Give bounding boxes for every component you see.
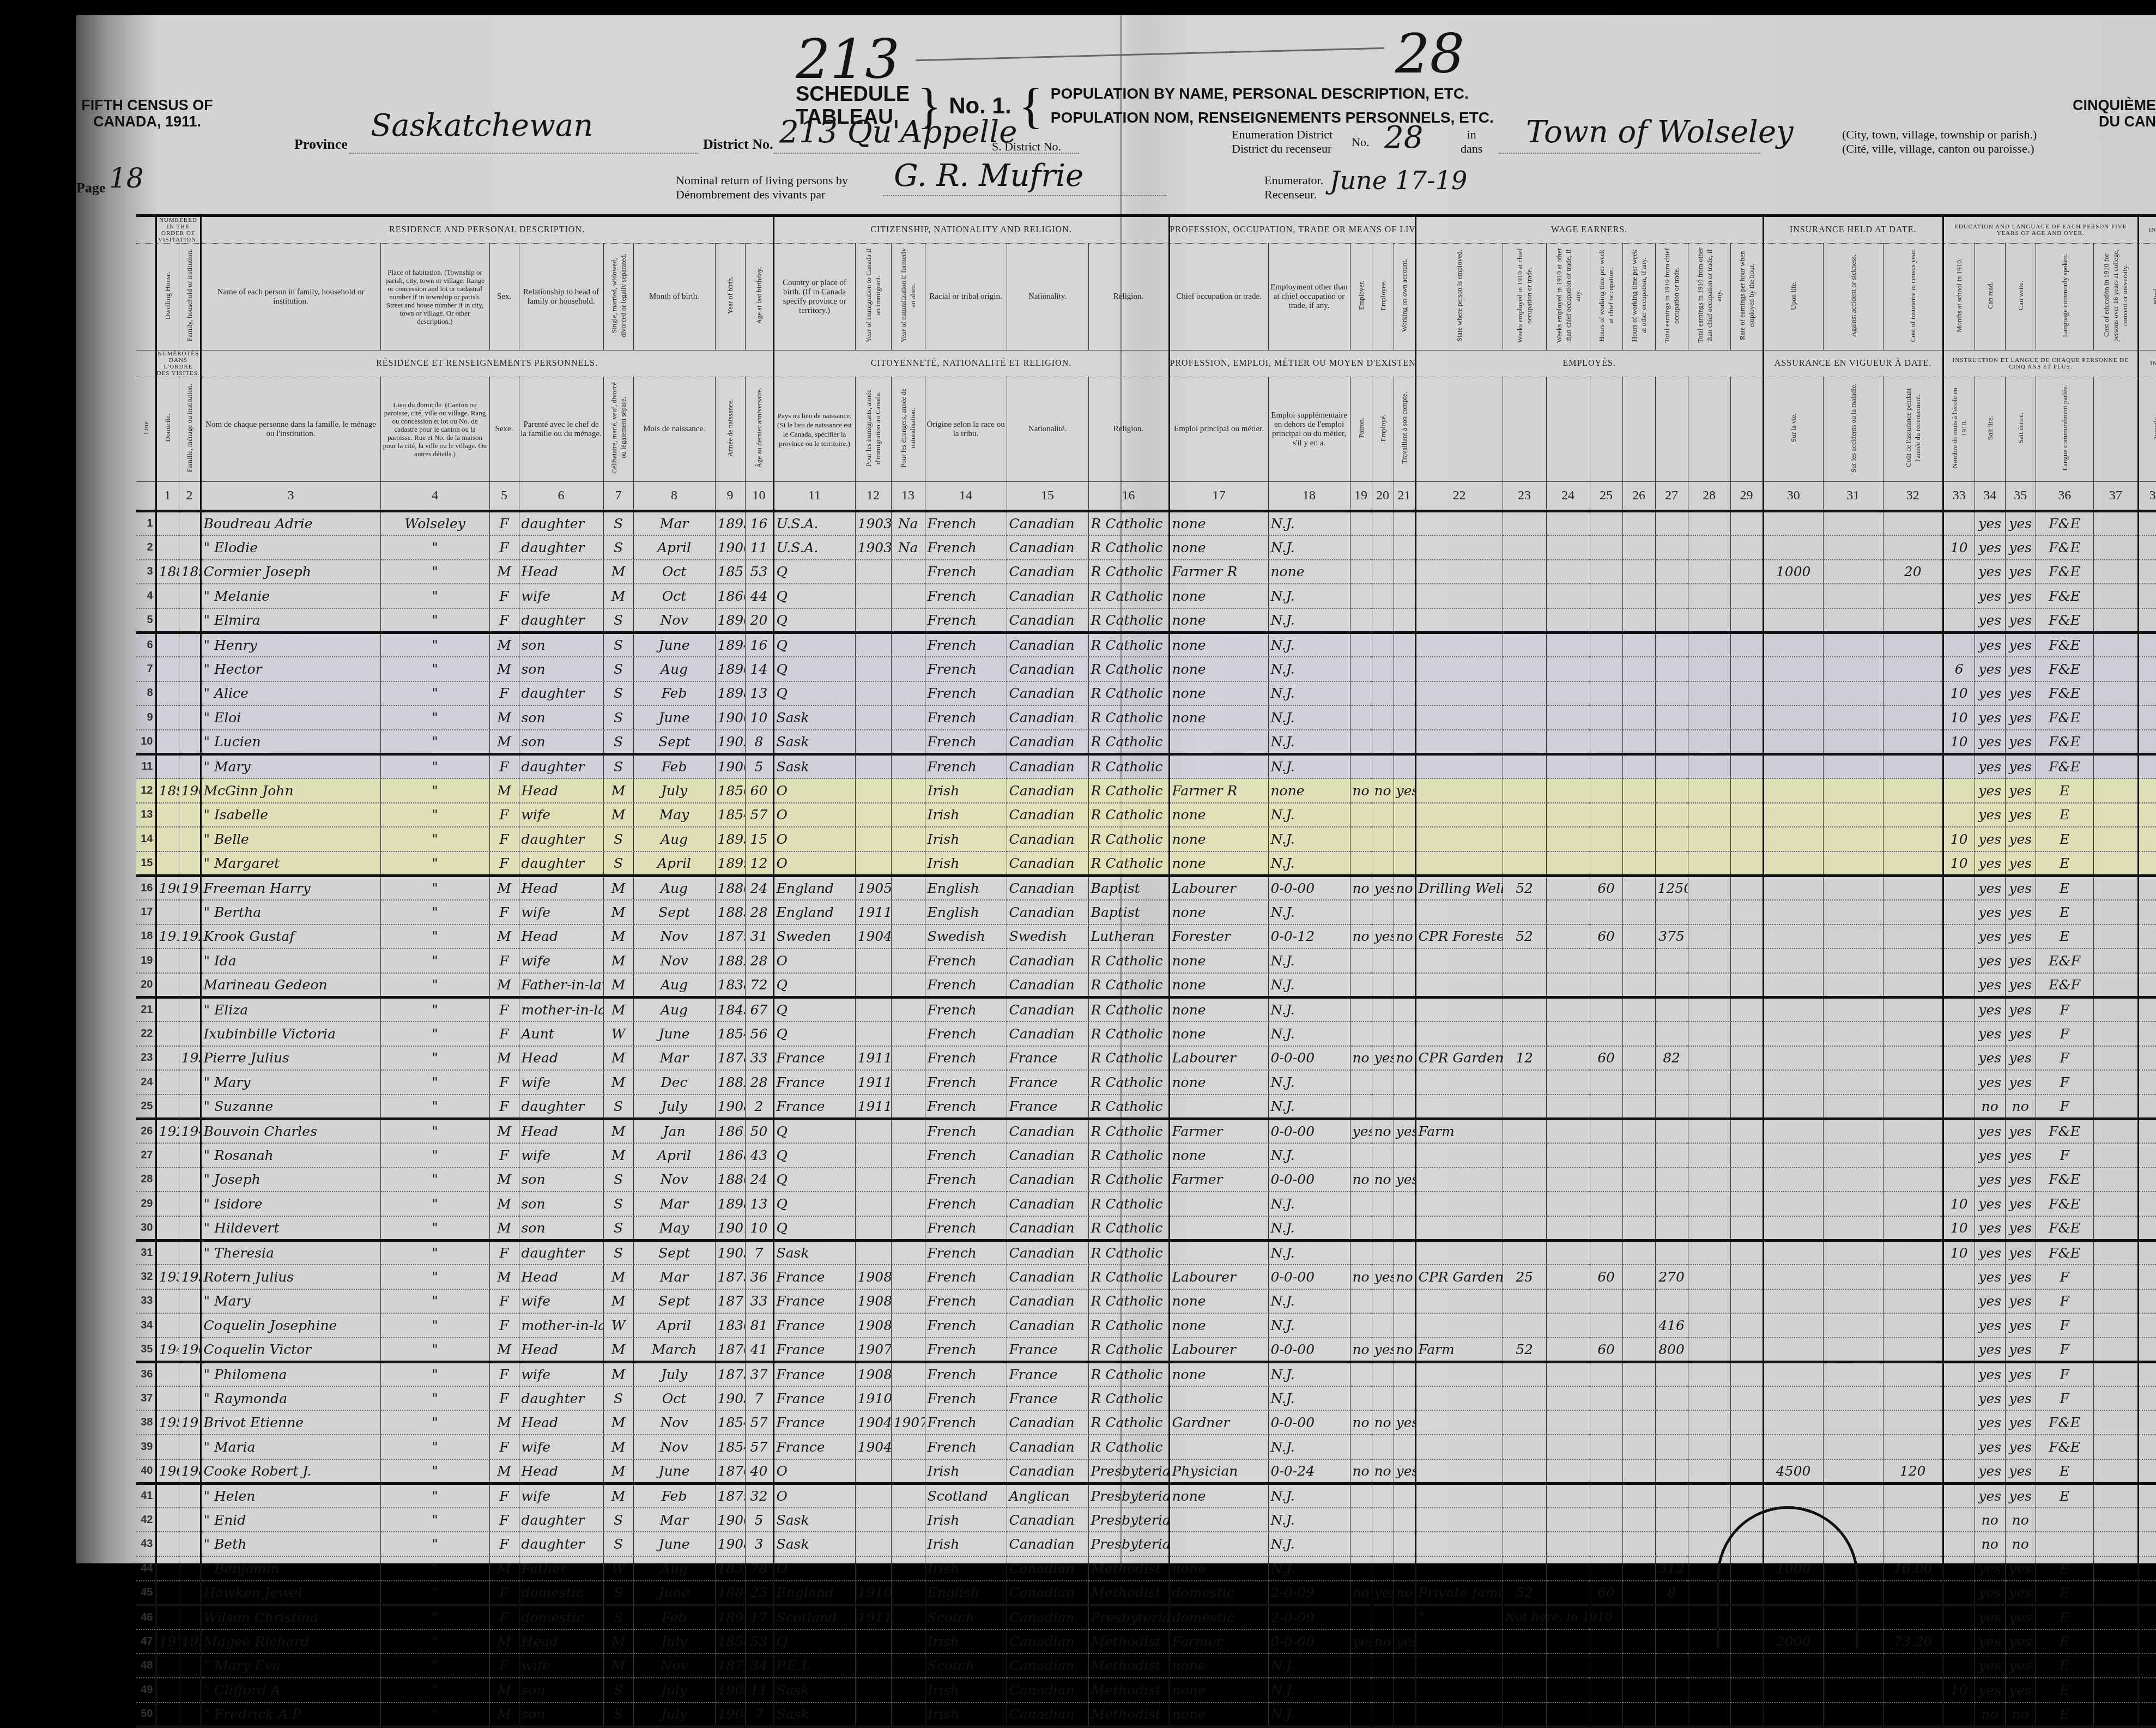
cell-wk-other (1546, 1508, 1590, 1532)
table-row: 19" Ida"FwifeMNov188228OFrenchCanadianR … (136, 948, 2156, 973)
cell-write: yes (2005, 1556, 2036, 1563)
cell-sex: F (489, 535, 519, 560)
cell-earn-chief (1655, 948, 1688, 973)
cell-ms: S (603, 827, 633, 851)
cell-ins-cost (1883, 1338, 1943, 1362)
cell-write: no (2005, 1532, 2036, 1556)
cell-nat (891, 1459, 925, 1484)
cell-occ: Farmer (1169, 1119, 1268, 1143)
header-numbered-fr: NUMÉROTÉS DANS L'ORDRE DES VISITES. (156, 351, 201, 377)
cell-occ: Physician (1169, 1459, 1268, 1484)
cell-dw (156, 1435, 179, 1459)
cell-age: 15 (745, 827, 773, 851)
cell-rel: daughter (519, 1508, 603, 1532)
cell-read: yes (1975, 1386, 2005, 1411)
cell-ins-acc (1823, 1289, 1883, 1314)
enumerator-label: Enumerator. Recenseur. (1264, 173, 1323, 202)
cell-er (1350, 1508, 1372, 1532)
cell-edu-cost (2093, 535, 2138, 560)
cell-blind (2138, 1338, 2156, 1362)
column-number-38: 38 (2138, 482, 2156, 511)
cell-fam: 189 (179, 560, 201, 584)
cell-blind (2138, 997, 2156, 1022)
cell-read: yes (1975, 875, 2005, 900)
cell-age: 56 (745, 1022, 773, 1046)
cell-earn-other (1688, 973, 1730, 998)
line-label: Line (141, 421, 150, 434)
cell-name: Bouvoin Charles (201, 1119, 380, 1143)
cell-fam (179, 1313, 201, 1338)
cell-sex: F (489, 1508, 519, 1532)
cell-ms: S (603, 1192, 633, 1216)
cell-religion: R Catholic (1088, 1216, 1169, 1241)
cell-school (1943, 1022, 1975, 1046)
cell-age: 31 (745, 925, 773, 949)
cell-occ: Labourer (1169, 1265, 1268, 1289)
column-number-11: 11 (773, 482, 855, 511)
col-head-en-26: Hours of working time per week at other … (1622, 244, 1655, 351)
cell-origin: French (925, 511, 1007, 536)
column-number-23: 23 (1503, 482, 1546, 511)
cell-earn-other (1688, 1216, 1730, 1241)
cell-dw (156, 1508, 179, 1532)
cell-ms: M (603, 948, 633, 973)
cell-dw (156, 1070, 179, 1095)
cell-imm (855, 1240, 891, 1265)
table-row: 15" Margaret"FdaughterSApril189912OIrish… (136, 851, 2156, 876)
cell-rate (1730, 973, 1763, 998)
table-row: 37" Raymonda"FdaughterSOct19037France191… (136, 1386, 2156, 1411)
cell-place: " (380, 1386, 489, 1411)
cell-edu-cost (2093, 1095, 2138, 1119)
cell-ins-acc (1823, 657, 1883, 681)
cell-month: Dec (633, 1070, 715, 1095)
cell-ms: M (603, 1459, 633, 1484)
cell-month: Nov (633, 948, 715, 973)
cell-nat (891, 1119, 925, 1143)
cell-blind (2138, 1532, 2156, 1556)
cell-school (1943, 608, 1975, 633)
cell-imm: 1908 (855, 1362, 891, 1386)
col-head-en-22-text: State where person is employed. (1455, 250, 1464, 342)
cell-occ: none (1169, 997, 1268, 1022)
cell-er (1350, 1192, 1372, 1216)
cell-earn-other (1688, 1313, 1730, 1338)
cell-earn-chief (1655, 705, 1688, 730)
cell-birth: O (773, 827, 855, 851)
line-number: 2 (136, 535, 156, 560)
cell-blind (2138, 778, 2156, 803)
cell-ee (1372, 511, 1394, 536)
cell-blind (2138, 535, 2156, 560)
cell-dw (156, 1532, 179, 1556)
cell-ins-cost (1883, 754, 1943, 778)
cell-name: " Enid (201, 1508, 380, 1532)
cell-school (1943, 1435, 1975, 1459)
cell-rate (1730, 1483, 1763, 1508)
cell-occ (1169, 1508, 1268, 1532)
cell-year: 1906 (715, 754, 745, 778)
cell-school: 10 (1943, 851, 1975, 876)
col-head-en-36-text: Language commonly spoken. (2060, 253, 2069, 337)
cell-origin: French (925, 705, 1007, 730)
cell-earn-other (1688, 730, 1730, 754)
cell-rel: Father (519, 1556, 603, 1563)
cell-sex: F (489, 1095, 519, 1119)
col-head-fr-10: Âge au dernier anniversaire. (745, 377, 773, 482)
cell-name: " Hildevert (201, 1216, 380, 1241)
cell-rate (1730, 1338, 1763, 1362)
district-label: District No. (703, 136, 773, 153)
col-head-fr-25 (1590, 377, 1622, 482)
cell-emp-place (1415, 560, 1503, 584)
place-hint-fr: (Cité, ville, village, canton ou paroiss… (1842, 142, 2037, 156)
cell-other: N.J. (1268, 1095, 1350, 1119)
cell-fam (179, 973, 201, 998)
cell-lang: F&E (2036, 535, 2093, 560)
cell-place: " (380, 1095, 489, 1119)
cell-birth: O (773, 1556, 855, 1563)
cell-imm (855, 827, 891, 851)
cell-nationality: Canadian (1007, 973, 1088, 998)
cell-name: Freeman Harry (201, 875, 380, 900)
cell-birth: Sask (773, 1508, 855, 1532)
cell-earn-chief (1655, 608, 1688, 633)
cell-rel: wife (519, 900, 603, 925)
cell-earn-other (1688, 1046, 1730, 1071)
cell-write: yes (2005, 1483, 2036, 1508)
cell-earn-chief (1655, 730, 1688, 754)
cell-religion: R Catholic (1088, 803, 1169, 827)
cell-month: Aug (633, 973, 715, 998)
cell-year: 1850 (715, 778, 745, 803)
cell-nationality: Canadian (1007, 754, 1088, 778)
cell-occ (1169, 1532, 1268, 1556)
cell-nationality: Canadian (1007, 1192, 1088, 1216)
cell-lang: F&E (2036, 1435, 2093, 1459)
cell-other: N.J. (1268, 997, 1350, 1022)
cell-earn-chief: 416 (1655, 1313, 1688, 1338)
cell-sex: M (489, 1046, 519, 1071)
col-head-fr-20: Employé. (1372, 377, 1394, 482)
place-underline (1499, 153, 1760, 154)
cell-school (1943, 1386, 1975, 1411)
cell-ins-acc (1823, 1459, 1883, 1484)
cell-blind (2138, 1216, 2156, 1241)
cell-dw (156, 1483, 179, 1508)
cell-place: " (380, 584, 489, 608)
table-row: 1Boudreau AdrieWolseleyFdaughterSMar1895… (136, 511, 2156, 536)
cell-wk-chief: 52 (1503, 925, 1546, 949)
cell-ins-acc (1823, 1240, 1883, 1265)
cell-dw (156, 730, 179, 754)
cell-nationality: Canadian (1007, 560, 1088, 584)
cell-ins-life (1763, 1386, 1823, 1411)
cell-religion: R Catholic (1088, 1289, 1169, 1314)
cell-ins-life (1763, 1362, 1823, 1386)
cell-er (1350, 1386, 1372, 1411)
cell-age: 7 (745, 1386, 773, 1411)
cell-other: N.J. (1268, 1192, 1350, 1216)
cell-hrs-chief (1590, 997, 1622, 1022)
cell-ms: M (603, 1435, 633, 1459)
cell-ee (1372, 1532, 1394, 1556)
cell-edu-cost (2093, 1265, 2138, 1289)
cell-write: yes (2005, 1265, 2036, 1289)
cell-rel: daughter (519, 511, 603, 536)
cell-place: " (380, 900, 489, 925)
cell-origin: French (925, 1143, 1007, 1168)
cell-own: no (1394, 1338, 1415, 1362)
cell-rate (1730, 851, 1763, 876)
census-table: NUMBERED IN THE ORDER OF VISITATION. RES… (136, 214, 2156, 1563)
cell-rel: wife (519, 1435, 603, 1459)
cell-rel: son (519, 1192, 603, 1216)
cell-rate (1730, 657, 1763, 681)
header-insurance-en: INSURANCE HELD AT DATE. (1763, 216, 1943, 244)
cell-lang: F&E (2036, 1192, 2093, 1216)
cell-fam (179, 1143, 201, 1168)
cell-wk-other (1546, 803, 1590, 827)
district-value: 213 Qu'Appelle (779, 114, 1017, 150)
cell-earn-chief (1655, 803, 1688, 827)
cell-lang: E (2036, 803, 2093, 827)
column-number-9: 9 (715, 482, 745, 511)
cell-lang: F&E (2036, 584, 2093, 608)
cell-other: none (1268, 560, 1350, 584)
cell-birth: France (773, 1410, 855, 1435)
cell-ins-cost (1883, 1022, 1943, 1046)
cell-fam (179, 657, 201, 681)
cell-rate (1730, 1168, 1763, 1192)
cell-month: July (633, 1095, 715, 1119)
cell-ins-life (1763, 1216, 1823, 1241)
cell-month: June (633, 1532, 715, 1556)
cell-occ: Farmer R (1169, 778, 1268, 803)
cell-read: yes (1975, 560, 2005, 584)
cell-year: 1838 (715, 973, 745, 998)
cell-ins-life (1763, 632, 1823, 657)
cell-origin: Scotland (925, 1483, 1007, 1508)
table-row: 9" Eloi"MsonSJune190010SaskFrenchCanadia… (136, 705, 2156, 730)
cell-emp-place (1415, 608, 1503, 633)
cell-occ: Gardner (1169, 1410, 1268, 1435)
cell-sex: F (489, 1240, 519, 1265)
census-rows: 1Boudreau AdrieWolseleyFdaughterSMar1895… (136, 511, 2156, 1564)
cell-hrs-chief (1590, 1313, 1622, 1338)
cell-dw (156, 511, 179, 536)
cell-ms: S (603, 1532, 633, 1556)
cell-edu-cost (2093, 1338, 2138, 1362)
cell-month: Nov (633, 608, 715, 633)
cell-edu-cost (2093, 584, 2138, 608)
cell-ins-life (1763, 973, 1823, 998)
cell-nat (891, 1022, 925, 1046)
cell-er (1350, 657, 1372, 681)
cell-ins-cost (1883, 1508, 1943, 1532)
cell-religion: R Catholic (1088, 1143, 1169, 1168)
cell-fam (179, 1022, 201, 1046)
cell-hrs-other (1622, 1459, 1655, 1484)
cell-emp-place (1415, 511, 1503, 536)
cell-imm: 1910 (855, 1386, 891, 1411)
cell-er: no (1350, 1459, 1372, 1484)
enumerator-label-en: Enumerator. (1264, 173, 1323, 188)
table-row: 6" Henry"MsonSJune189416QFrenchCanadianR… (136, 632, 2156, 657)
cell-write: yes (2005, 584, 2036, 608)
cell-wk-other (1546, 827, 1590, 851)
cell-hrs-other (1622, 1313, 1655, 1338)
cell-birth: O (773, 948, 855, 973)
enum-no-value: 28 (1384, 120, 1423, 155)
col-head-fr-32-text: Coût de l'assurance pendant l'année du r… (1904, 379, 1922, 477)
cell-hrs-other (1622, 1095, 1655, 1119)
col-head-fr-2: Famille, ménage ou institution. (179, 377, 201, 482)
cell-nationality: Canadian (1007, 681, 1088, 706)
cell-origin: Irish (925, 1532, 1007, 1556)
cell-occ: Forester (1169, 925, 1268, 949)
cell-own (1394, 535, 1415, 560)
cell-er: no (1350, 1046, 1372, 1071)
cell-rel: daughter (519, 1095, 603, 1119)
line-header (136, 216, 156, 244)
cell-wk-other (1546, 632, 1590, 657)
cell-religion: Presbyterian (1088, 1508, 1169, 1532)
table-row: 4" Melanie"FwifeMOct186644QFrenchCanadia… (136, 584, 2156, 608)
cell-name: " Mary (201, 1289, 380, 1314)
cell-sex: M (489, 705, 519, 730)
cell-year: 1903 (715, 1386, 745, 1411)
cell-emp-place (1415, 997, 1503, 1022)
cell-imm (855, 657, 891, 681)
cell-blind (2138, 1143, 2156, 1168)
cell-religion: R Catholic (1088, 1240, 1169, 1265)
cell-origin: Irish (925, 827, 1007, 851)
cell-read: yes (1975, 1265, 2005, 1289)
cell-hrs-chief (1590, 754, 1622, 778)
cell-rel: daughter (519, 681, 603, 706)
cell-nat (891, 1095, 925, 1119)
line-number: 3 (136, 560, 156, 584)
cell-ins-cost (1883, 803, 1943, 827)
cell-own (1394, 1022, 1415, 1046)
cell-earn-other (1688, 900, 1730, 925)
cell-er (1350, 1095, 1372, 1119)
cell-blind (2138, 827, 2156, 851)
cell-name: Boudreau Adrie (201, 511, 380, 536)
cell-ins-cost (1883, 851, 1943, 876)
cell-blind (2138, 851, 2156, 876)
province-value: Saskatchewan (371, 108, 593, 143)
cell-wk-chief: 12 (1503, 1046, 1546, 1071)
cell-ee (1372, 1362, 1394, 1386)
cell-other: N.J. (1268, 1532, 1350, 1556)
cell-imm (855, 997, 891, 1022)
cell-year: 1899 (715, 851, 745, 876)
cell-own (1394, 1556, 1415, 1563)
cell-ms: S (603, 1095, 633, 1119)
cell-imm (855, 632, 891, 657)
cell-place: " (380, 1483, 489, 1508)
cell-other: 0-0-12 (1268, 925, 1350, 949)
cell-nat (891, 1386, 925, 1411)
cell-fam: 197 (179, 1410, 201, 1435)
cell-earn-chief (1655, 1386, 1688, 1411)
cell-hrs-chief (1590, 1386, 1622, 1411)
cell-blind (2138, 1070, 2156, 1095)
cell-name: " Rosanah (201, 1143, 380, 1168)
cell-hrs-other (1622, 1532, 1655, 1556)
cell-own (1394, 608, 1415, 633)
cell-rel: daughter (519, 827, 603, 851)
cell-ee (1372, 584, 1394, 608)
cell-blind (2138, 681, 2156, 706)
cell-ins-acc (1823, 535, 1883, 560)
cell-school (1943, 973, 1975, 998)
cell-er (1350, 997, 1372, 1022)
cell-religion: Presbyterian (1088, 1532, 1169, 1556)
col-head-en-12-text: Year of immigration to Canada if an immi… (864, 246, 882, 345)
cell-wk-other (1546, 1265, 1590, 1289)
cell-origin: French (925, 1386, 1007, 1411)
cell-school (1943, 584, 1975, 608)
cell-wk-chief (1503, 608, 1546, 633)
cell-er (1350, 1216, 1372, 1241)
line-number: 29 (136, 1192, 156, 1216)
cell-birth: Q (773, 681, 855, 706)
cell-ins-acc (1823, 948, 1883, 973)
cell-ee (1372, 1435, 1394, 1459)
cell-place: " (380, 1556, 489, 1563)
column-number-4: 4 (380, 482, 489, 511)
cell-er (1350, 584, 1372, 608)
cell-other: 0-0-00 (1268, 1265, 1350, 1289)
cell-month: Aug (633, 827, 715, 851)
cell-nationality: Canadian (1007, 1216, 1088, 1241)
col-head-en-1: Dwelling House. (156, 244, 179, 351)
cell-read: yes (1975, 584, 2005, 608)
cell-place: " (380, 1508, 489, 1532)
cell-blind (2138, 948, 2156, 973)
cell-own: yes (1394, 1168, 1415, 1192)
cell-edu-cost (2093, 657, 2138, 681)
cell-nationality: France (1007, 1386, 1088, 1411)
cell-er (1350, 1022, 1372, 1046)
cell-ee: no (1372, 1168, 1394, 1192)
cell-origin: French (925, 948, 1007, 973)
cell-place: " (380, 1216, 489, 1241)
table-row: 30" Hildevert"MsonSMay190110QFrenchCanad… (136, 1216, 2156, 1241)
cell-wk-chief: 25 (1503, 1265, 1546, 1289)
cell-nationality: Canadian (1007, 1168, 1088, 1192)
cell-name: " Philomena (201, 1362, 380, 1386)
column-number-8: 8 (633, 482, 715, 511)
cell-earn-other (1688, 1143, 1730, 1168)
table-row: 36" Philomena"FwifeMJuly187337France1908… (136, 1362, 2156, 1386)
cell-emp-place (1415, 1362, 1503, 1386)
cell-religion: Baptist (1088, 875, 1169, 900)
cell-write: no (2005, 1095, 2036, 1119)
cell-dw (156, 705, 179, 730)
line-number: 4 (136, 584, 156, 608)
header-residence-en: RESIDENCE AND PERSONAL DESCRIPTION. (201, 216, 773, 244)
cell-write: yes (2005, 997, 2036, 1022)
cell-wk-other (1546, 1289, 1590, 1314)
cell-origin: French (925, 1289, 1007, 1314)
cell-edu-cost (2093, 1168, 2138, 1192)
cell-earn-chief: 800 (1655, 1338, 1688, 1362)
cell-emp-place (1415, 1095, 1503, 1119)
